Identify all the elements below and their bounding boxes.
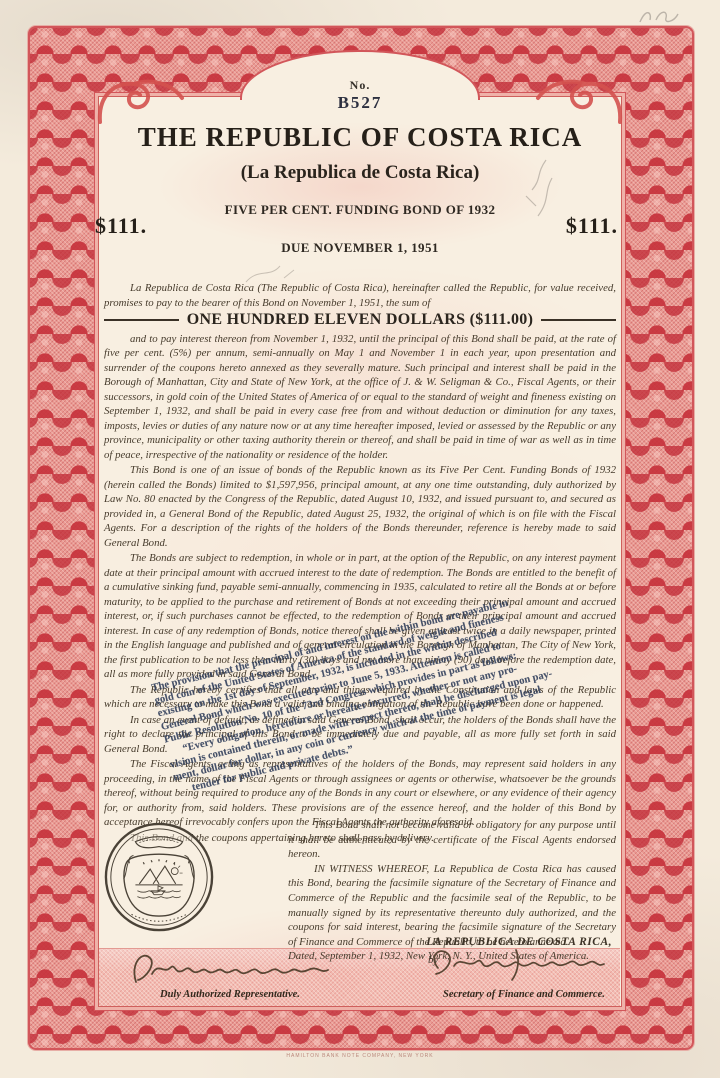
costa-rica-seal-icon xyxy=(100,820,218,934)
signature-left-icon xyxy=(128,944,340,992)
amount-text: ONE HUNDRED ELEVEN DOLLARS ($111.00) xyxy=(187,313,533,328)
issuer-subtitle: (La Republica de Costa Rica) xyxy=(0,162,720,184)
signature-right-icon xyxy=(420,942,612,988)
certificate-content: No. B527 THE REPUBLIC OF COSTA RICA (La … xyxy=(0,0,720,1078)
paragraph-issue: This Bond is one of an issue of bonds of… xyxy=(104,463,616,550)
authentication-clause: This Bond shall not become valid or obli… xyxy=(288,818,616,862)
signature-right-title: Secretary of Finance and Commerce. xyxy=(443,989,605,1000)
rule-right xyxy=(541,319,616,321)
number-label: No. xyxy=(0,78,720,93)
pencil-mark-icon xyxy=(516,156,564,222)
denomination-right: $111. xyxy=(566,213,618,239)
intro-paragraph: La Republica de Costa Rica (The Republic… xyxy=(104,281,616,310)
bond-serial-number: B527 xyxy=(0,93,720,113)
rule-left xyxy=(104,319,179,321)
printer-imprint: HAMILTON BANK NOTE COMPANY, NEW YORK xyxy=(0,1053,720,1059)
denomination-left: $111. xyxy=(95,213,147,239)
paragraph-interest: and to pay interest thereon from Novembe… xyxy=(104,332,616,463)
amount-line: ONE HUNDRED ELEVEN DOLLARS ($111.00) xyxy=(104,313,616,328)
pencil-mark-icon xyxy=(240,258,300,288)
signature-left-title: Duly Authorized Representative. xyxy=(160,989,300,1000)
bond-certificate: No. B527 THE REPUBLIC OF COSTA RICA (La … xyxy=(0,0,720,1078)
maturity-line: DUE NOVEMBER 1, 1951 xyxy=(0,240,720,256)
issuer-title: THE REPUBLIC OF COSTA RICA xyxy=(0,122,720,153)
pencil-mark-icon xyxy=(636,4,682,30)
